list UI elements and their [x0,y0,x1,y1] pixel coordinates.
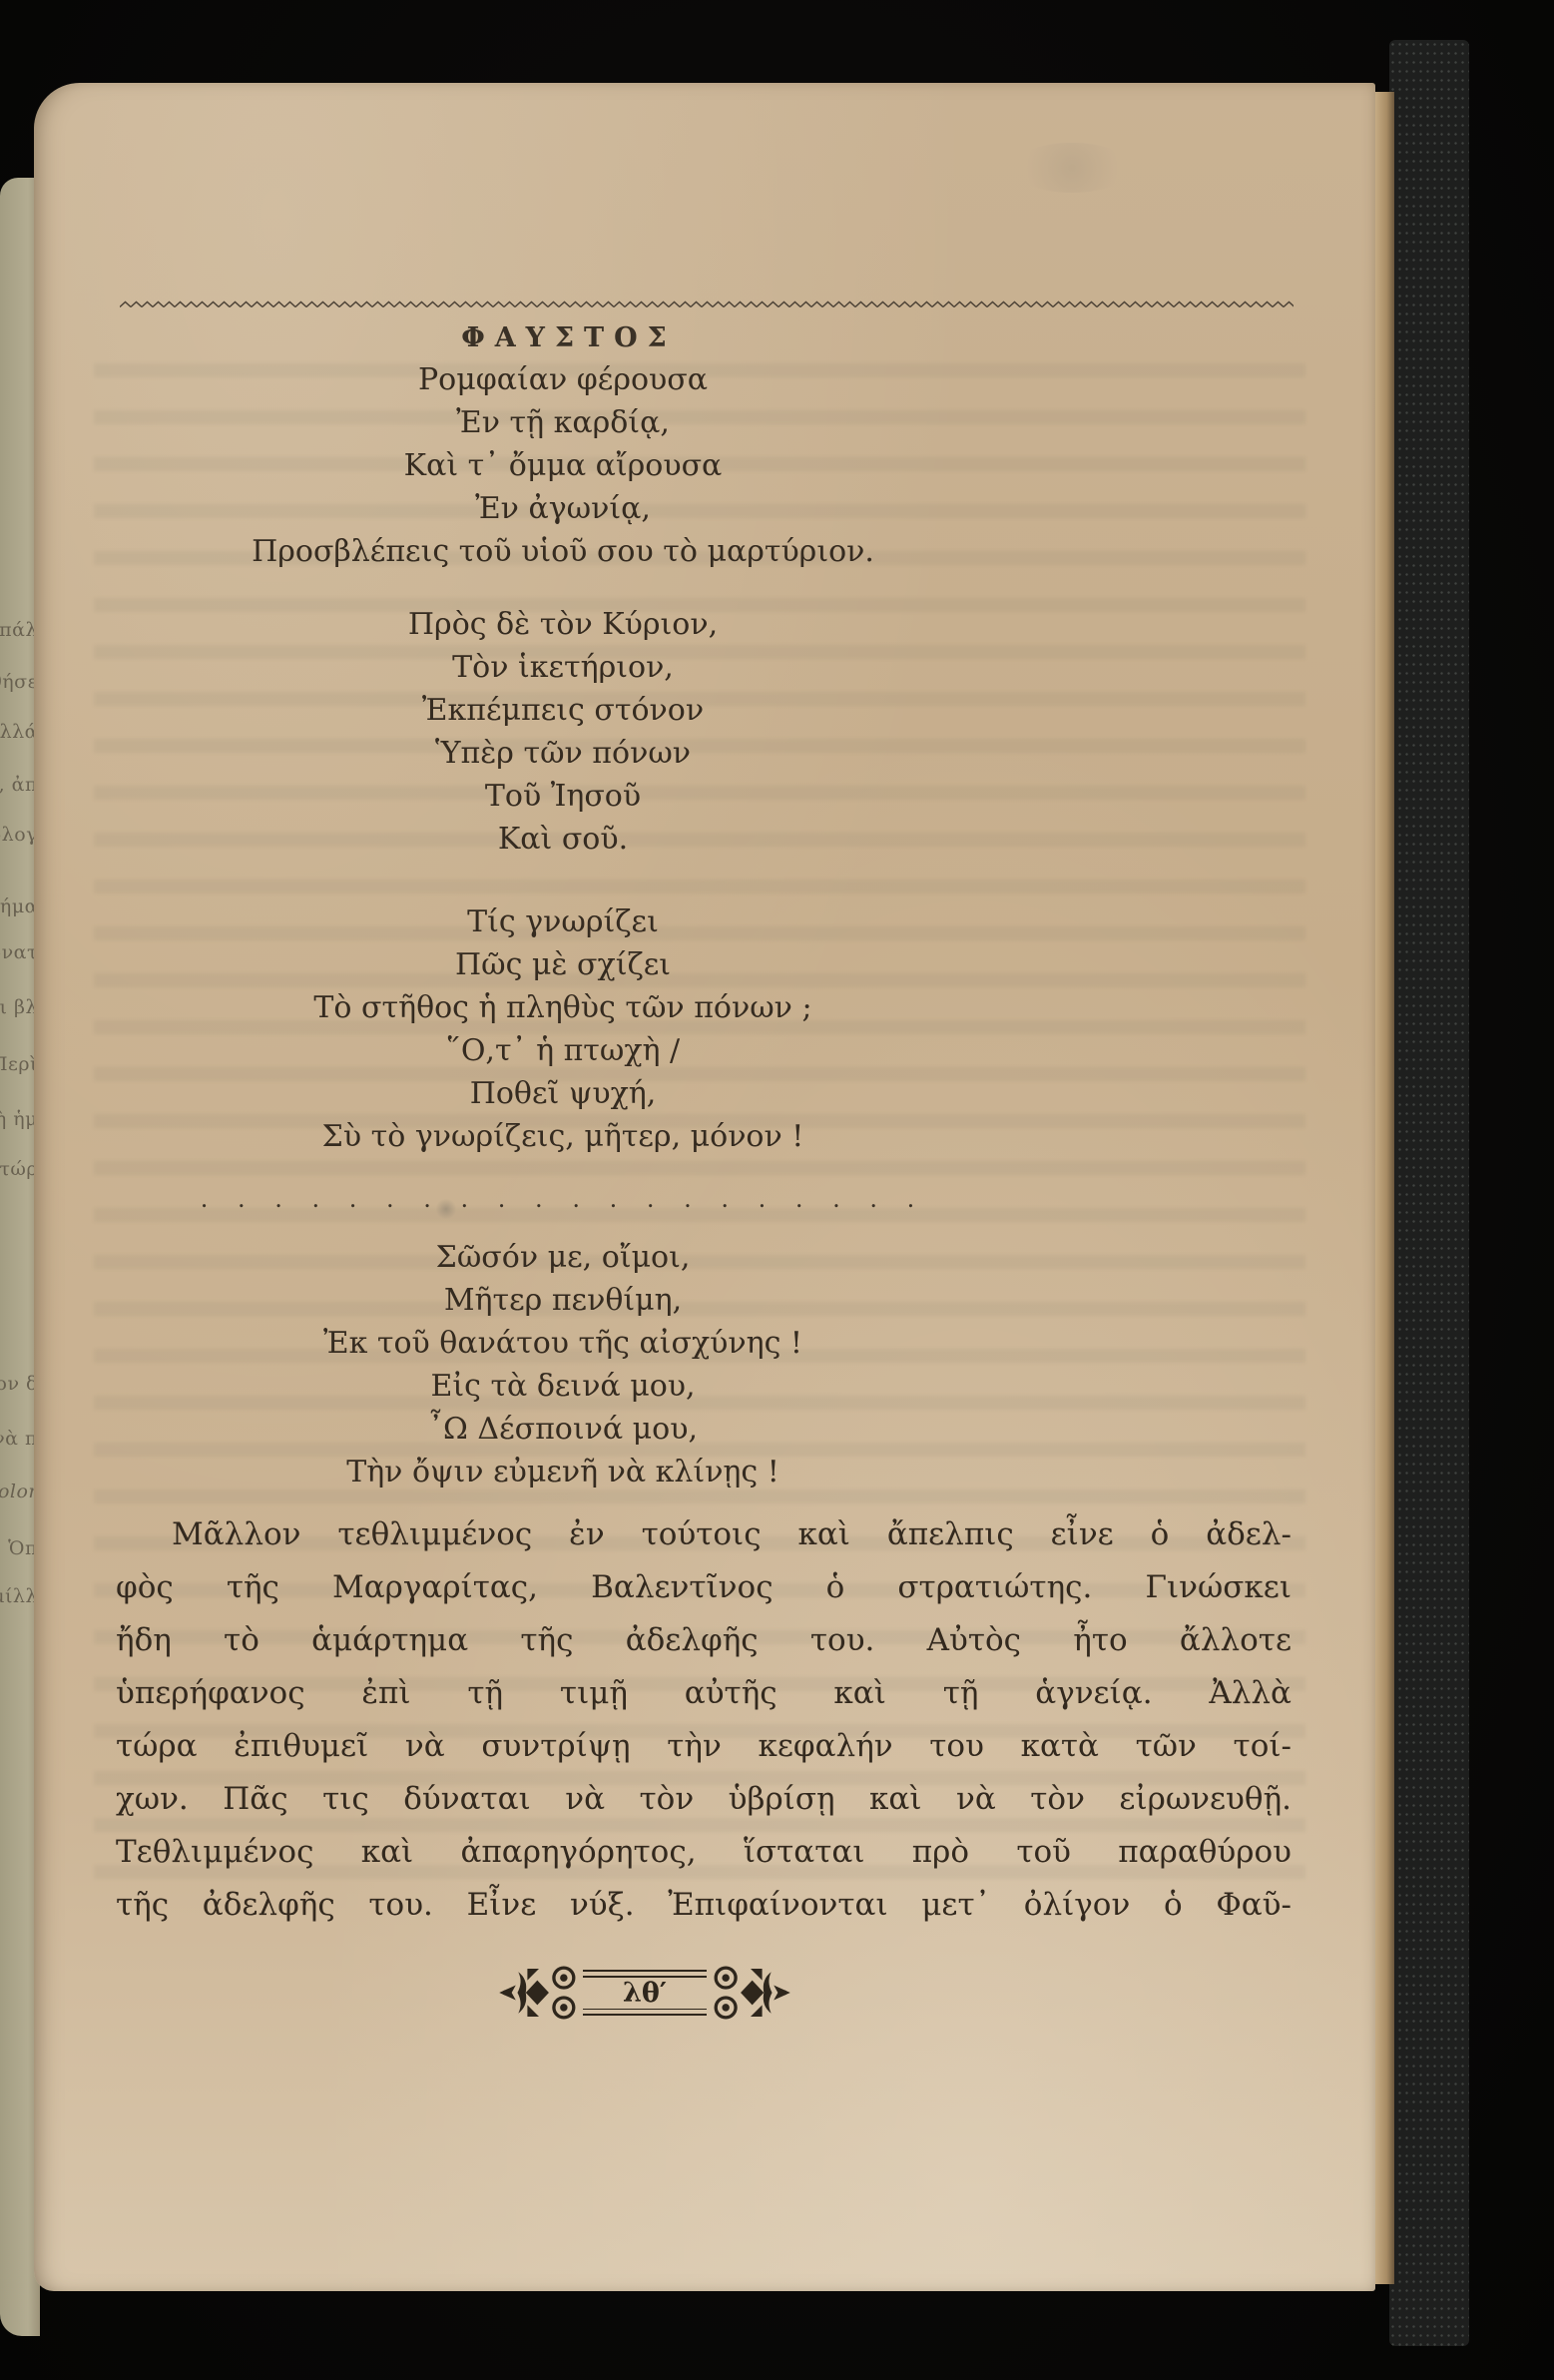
poem-line: Πῶς μὲ σχίζει [184,943,942,986]
margin-text-fragment: . Περὶ [0,1053,38,1075]
book-photo: πάλ θήσε πολλά α, ἀπ ολογ λήμα δύνατ ότι… [0,0,1554,2380]
poem-stanza: Ρομφαίαν φέρουσα Ἐν τῇ καρδίᾳ, Καὶ τ᾽ ὄμ… [184,358,942,573]
page-number-box: λθ′ [583,1970,707,2016]
poem-line: Μῆτερ πενθίμη, [184,1279,942,1322]
poem-stanza: Πρὸς δὲ τὸν Κύριον, Τὸν ἱκετήριον, Ἐκπέμ… [184,603,942,861]
poem-line: Προσβλέπεις τοῦ υἱοῦ σου τὸ μαρτύριον. [184,530,942,573]
poem-line: Καὶ τ᾽ ὄμμα αἴρουσα [184,444,942,487]
poem-line: Τοῦ Ἰησοῦ [184,775,942,818]
margin-text-fragment: ων. Ὁπ [0,1537,38,1559]
poem-line: ῏Ω Δέσποινά μου, [184,1408,942,1451]
paragraph-line: τῆς ἀδελφῆς του. Εἶνε νύξ. Ἐπιφαίνονται … [116,1879,1292,1932]
poem-line: Τὴν ὄψιν εὐμενῆ νὰ κλίνῃς ! [184,1451,942,1493]
page-number: λθ′ [623,1980,667,2007]
margin-text-fragment: πολλά [0,721,38,743]
poem-line: Ρομφαίαν φέρουσα [184,358,942,401]
poem-line: Ποθεῖ ψυχή, [184,1072,942,1115]
poem-line: Σῶσόν με, οἴμοι, [184,1236,942,1279]
poem-stanza: Σῶσόν με, οἴμοι, Μῆτερ πενθίμη, Ἐκ τοῦ θ… [184,1236,942,1493]
prose-paragraph: Μᾶλλον τεθλιμμένος ἐν τούτοις καὶ ἄπελπι… [116,1508,1292,1932]
poem-line: Καὶ σοῦ. [184,818,942,861]
poem-line: ῞Ο,τ᾽ ἡ πτωχὴ / [184,1029,942,1072]
ornament-flourish-left [497,1964,581,2022]
margin-text-fragment: χὴ ἡμ [0,1108,38,1130]
margin-text-fragment: πάλ [0,619,38,641]
footer-ornament: λθ′ [519,1962,771,2024]
paragraph-line: φὸς τῆς Μαργαρίτας, Βαλεντῖνος ὁ στρατιώ… [116,1561,1292,1614]
paragraph-line: χων. Πᾶς τις δύναται νὰ τὸν ὑβρίσῃ καὶ ν… [116,1773,1292,1826]
book-page: ΦΑΥΣΤΟΣ Ρομφαίαν φέρουσα Ἐν τῇ καρδίᾳ, Κ… [34,83,1375,2291]
margin-text-fragment: α, ἀπ [0,774,38,796]
margin-text-fragment: αὶ τώρ [0,1158,38,1180]
poem-line: Τίς γνωρίζει [184,900,942,943]
paragraph-line: Τεθλιμμένος καὶ ἀπαρηγόρητος, ἵσταται πρ… [116,1826,1292,1879]
poem-line: Ὑπὲρ τῶν πόνων [184,732,942,775]
paragraph-line: Μᾶλλον τεθλιμμένος ἐν τούτοις καὶ ἄπελπι… [116,1508,1292,1561]
margin-text-fragment: dolor [0,1481,38,1502]
ornament-flourish-right [709,1964,792,2022]
running-head-title: ΦΑΥΣΤΟΣ [34,322,1104,353]
poem-line: Εἰς τὰ δεινά μου, [184,1365,942,1408]
margin-text-fragment: άσιμον δ [0,1373,38,1395]
poem-line: Πρὸς δὲ τὸν Κύριον, [184,603,942,646]
margin-text-fragment: ολογ [0,824,38,846]
margin-text-fragment: αραμίλλ [0,1585,38,1607]
margin-text-fragment: θήσε [0,671,38,693]
poem-line: Σὺ τὸ γνωρίζεις, μῆτερ, μόνον ! [184,1115,942,1158]
ellipsis-separator: . . . . . . . . . . . . . . . . . . . . [184,1184,942,1214]
poem-line: Τὸν ἱκετήριον, [184,646,942,689]
poem-stanza: Τίς γνωρίζει Πῶς μὲ σχίζει Τὸ στῆθος ἡ π… [184,900,942,1158]
paragraph-line: τώρα ἐπιθυμεῖ νὰ συντρίψῃ τὴν κεφαλήν το… [116,1720,1292,1773]
paragraph-line: ὑπερήφανος ἐπὶ τῇ τιμῇ αὐτῆς καὶ τῇ ἁγνε… [116,1667,1292,1720]
paper-stain [1012,143,1132,193]
poem-line: Ἐκ τοῦ θανάτου τῆς αἰσχύνης ! [184,1322,942,1365]
poem-line: Ἐν ἀγωνίᾳ, [184,487,942,530]
margin-text-fragment: δύνατ [0,941,38,963]
book-cover-cloth [1389,40,1469,2346]
margin-text-fragment: ότι βλ [0,996,38,1018]
poem-line: Τὸ στῆθος ἡ πληθὺς τῶν πόνων ; [184,986,942,1029]
poem-line: Ἐκπέμπεις στόνον [184,689,942,732]
margin-text-fragment: ται νὰ π [0,1428,38,1450]
poem-block: Ρομφαίαν φέρουσα Ἐν τῇ καρδίᾳ, Καὶ τ᾽ ὄμ… [184,358,942,1493]
paragraph-line: ἤδη τὸ ἁμάρτημα τῆς ἀδελφῆς του. Αὐτὸς ἦ… [116,1614,1292,1667]
poem-line: Ἐν τῇ καρδίᾳ, [184,401,942,444]
zigzag-rule [120,295,1294,304]
page-block-edge [1375,92,1394,2284]
margin-text-fragment: λήμα [0,895,38,917]
